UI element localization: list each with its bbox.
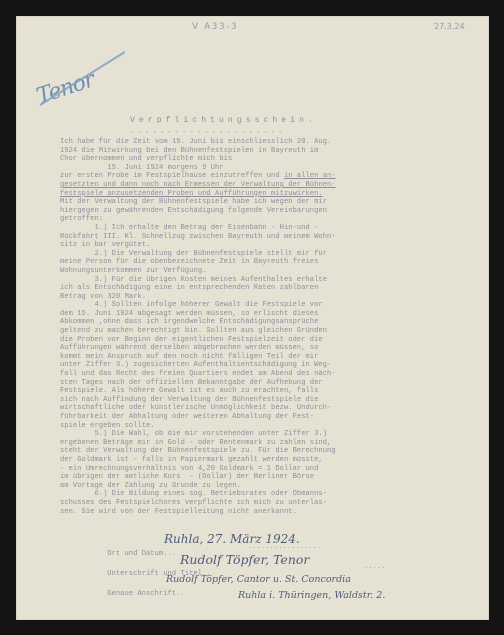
body-line: der Goldmark ist - falls in Papiermark g… xyxy=(60,456,336,465)
body-line: fall und das Recht des freien Quartiers … xyxy=(60,370,336,379)
document-body: Ich habe für die Zeit vom 15. Juni bis e… xyxy=(60,138,336,516)
address-handwritten-line1: Rudolf Töpfer, Cantor u. St. Concordia xyxy=(166,574,351,585)
body-line: 3.) Für die übrigen Kosten meines Aufent… xyxy=(60,276,336,285)
body-line: Betrag von 320 Mark. xyxy=(60,293,336,302)
body-line: 4.) Sollten infolge höherer Gewalt die F… xyxy=(60,301,336,310)
body-line: spiele ergeben sollte. xyxy=(60,422,336,431)
body-line: schusses des Festspielchores verpflichte… xyxy=(60,499,336,508)
body-line: Chor übernommen und verpflichte mich bis xyxy=(60,155,336,164)
body-line: am Vortage der Zahlung zu Grunde zu lege… xyxy=(60,482,336,491)
body-line: führbarkeit der Abhaltung oder weiteren … xyxy=(60,413,336,422)
place-date-dots: ................. xyxy=(248,543,321,552)
body-line: zur ersten Probe im Festspielhause einzu… xyxy=(60,172,336,181)
body-line: hiergegen zu gewährenden Entschädigung f… xyxy=(60,207,336,216)
body-line: 6.) Die Bildung eines sog. Betriebsrates… xyxy=(60,490,336,499)
body-line: geltend zu machen berechtigt bin. Sollte… xyxy=(60,327,336,336)
body-line: im übrigen der amtliche Kurs - (Dollar) … xyxy=(60,473,336,482)
address-handwritten-line2: Ruhla i. Thüringen, Waldstr. 2. xyxy=(238,590,385,601)
archive-date: 27.3.24 xyxy=(434,22,465,31)
body-line: Abkommen ,ohne dass ich irgendwelche Ent… xyxy=(60,318,336,327)
body-line: sitz in bar vergütet. xyxy=(60,241,336,250)
body-line: steht der Verwaltung der Bühnenfestspiel… xyxy=(60,447,336,456)
body-line: die Proben vor Beginn der eigentlichen F… xyxy=(60,336,336,345)
body-line: wirtschaftliche oder künstlerische Unmög… xyxy=(60,404,336,413)
body-line: festspiele anzusetzenden Proben und Auff… xyxy=(60,190,336,199)
signature-dots: ..... xyxy=(364,563,386,572)
title-underline: --------------------- xyxy=(130,128,285,137)
signature-handwritten: Rudolf Töpfer, Tenor xyxy=(180,552,309,567)
body-line: kommt mein Anspruch auf den noch nicht f… xyxy=(60,353,336,362)
body-line: meine Person für die obenbezeichnete Zei… xyxy=(60,258,336,267)
document-title: Verpflichtungsschein. xyxy=(130,116,317,125)
address-label-text: Genaue Anschrift xyxy=(107,590,176,598)
archive-reference: V A33-3 xyxy=(192,22,238,32)
body-line: Ich habe für die Zeit vom 15. Juni bis e… xyxy=(60,138,336,147)
body-line: sich nach Auffindung der Verwaltung der … xyxy=(60,396,336,405)
body-line: 15. Juni 1924 morgens 9 Uhr xyxy=(60,164,336,173)
body-line: getroffen: xyxy=(60,215,336,224)
body-line: unter Ziffer 3.) zugesicherten Aufenthal… xyxy=(60,361,336,370)
body-line: 1924 die Mitwirkung bei den Bühnenfestsp… xyxy=(60,147,336,156)
body-line: ergebenen Beträge mir in Gold - oder Ren… xyxy=(60,439,336,448)
body-line: - ein Umrechnungsverhältnis von 4,20 Gol… xyxy=(60,465,336,474)
body-line: dem 15. Juni 1924 abgesagt werden müssen… xyxy=(60,310,336,319)
body-line: Wohnungsunterkommen zur Verfügung. xyxy=(60,267,336,276)
body-line: Rückfahrt III. Kl. Schnellzug zwischen B… xyxy=(60,233,336,242)
body-line: Festspiele. Als höhere Gewalt ist es auc… xyxy=(60,387,336,396)
place-date-label-text: Ort und Datum. xyxy=(107,550,167,558)
body-line: Aufführungen während derselben abgebroch… xyxy=(60,344,336,353)
body-line: sen. Sie wird von der Festspielleitung n… xyxy=(60,508,336,517)
body-line: Mit der Verwaltung der Bühnenfestspiele … xyxy=(60,198,336,207)
body-line: 1.) Ich erhalte den Betrag der Eisenbahn… xyxy=(60,224,336,233)
document-page: V A33-3 27.3.24 Tenor Verpflichtungssche… xyxy=(16,16,489,620)
body-line: 2.) Die Verwaltung der Bühnenfestspiele … xyxy=(60,250,336,259)
body-line: ich als Entschädigung eine in entspreche… xyxy=(60,284,336,293)
body-line: gesetzten und dann noch nach Ermessen de… xyxy=(60,181,336,190)
body-line: sten Tages nach der offiziellen Bekanntg… xyxy=(60,379,336,388)
body-line: 5.) Die Wahl, ob die mir vorstehenden un… xyxy=(60,430,336,439)
